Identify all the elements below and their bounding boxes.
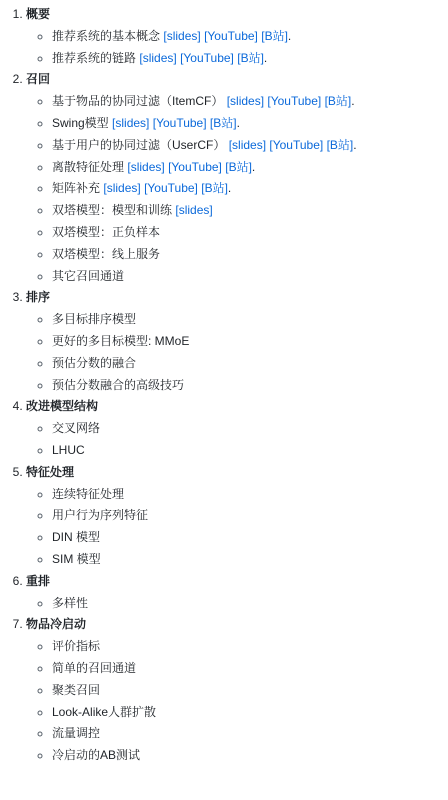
bilibili-link[interactable]: [B站] <box>201 181 228 195</box>
topic-item: 连续特征处理 <box>52 488 442 501</box>
section-item: 召回基于物品的协同过滤（ItemCF） [slides] [YouTube] [… <box>26 73 442 282</box>
slides-link[interactable]: [slides] <box>229 138 266 152</box>
topic-item: LHUC <box>52 444 442 457</box>
bilibili-link[interactable]: [B站] <box>261 29 288 43</box>
topic-item: 其它召回通道 <box>52 270 442 283</box>
topic-text: 其它召回通道 <box>52 269 124 283</box>
topic-item: Swing模型 [slides] [YouTube] [B站]. <box>52 117 442 130</box>
topic-text: 离散特征处理 <box>52 160 124 174</box>
section-item: 改进模型结构交叉网络LHUC <box>26 400 442 457</box>
section-title: 特征处理 <box>26 465 74 479</box>
topic-list: 多目标排序模型更好的多目标模型: MMoE预估分数的融合预估分数融合的高级技巧 <box>26 313 442 391</box>
topic-item: 交叉网络 <box>52 422 442 435</box>
topic-item: 推荐系统的基本概念 [slides] [YouTube] [B站]. <box>52 30 442 43</box>
topic-text: 多样性 <box>52 596 88 610</box>
youtube-link[interactable]: [YouTube] <box>144 181 198 195</box>
topic-text: 预估分数的融合 <box>52 356 136 370</box>
topic-text: 简单的召回通道 <box>52 661 136 675</box>
topic-item: 聚类召回 <box>52 684 442 697</box>
topic-item: 离散特征处理 [slides] [YouTube] [B站]. <box>52 161 442 174</box>
topic-item: 双塔模型：线上服务 <box>52 248 442 261</box>
section-title: 排序 <box>26 290 50 304</box>
topic-list: 交叉网络LHUC <box>26 422 442 457</box>
topic-text: DIN 模型 <box>52 530 100 544</box>
slides-link[interactable]: [slides] <box>139 51 176 65</box>
slides-link[interactable]: [slides] <box>112 116 149 130</box>
topic-suffix: . <box>288 29 291 43</box>
topic-text: SIM 模型 <box>52 552 101 566</box>
topic-text: 冷启动的AB测试 <box>52 748 140 762</box>
topic-text: 推荐系统的链路 <box>52 51 136 65</box>
topic-text: 基于物品的协同过滤（ItemCF） <box>52 94 223 108</box>
bilibili-link[interactable]: [B站] <box>210 116 237 130</box>
topic-text: Swing模型 <box>52 116 109 130</box>
topic-text: 双塔模型：线上服务 <box>52 247 160 261</box>
bilibili-link[interactable]: [B站] <box>225 160 252 174</box>
section-title: 召回 <box>26 72 50 86</box>
topic-item: 基于物品的协同过滤（ItemCF） [slides] [YouTube] [B站… <box>52 95 442 108</box>
topic-suffix: . <box>228 181 231 195</box>
outline-list: 概要推荐系统的基本概念 [slides] [YouTube] [B站].推荐系统… <box>2 8 442 762</box>
topic-item: 推荐系统的链路 [slides] [YouTube] [B站]. <box>52 52 442 65</box>
topic-item: 双塔模型：模型和训练 [slides] <box>52 204 442 217</box>
slides-link[interactable]: [slides] <box>127 160 164 174</box>
topic-text: 多目标排序模型 <box>52 312 136 326</box>
topic-suffix: . <box>264 51 267 65</box>
topic-text: 预估分数融合的高级技巧 <box>52 378 184 392</box>
topic-item: 预估分数的融合 <box>52 357 442 370</box>
youtube-link[interactable]: [YouTube] <box>180 51 234 65</box>
section-title: 改进模型结构 <box>26 399 98 413</box>
topic-text: 交叉网络 <box>52 421 100 435</box>
topic-item: 冷启动的AB测试 <box>52 749 442 762</box>
topic-text: 连续特征处理 <box>52 487 124 501</box>
topic-item: DIN 模型 <box>52 531 442 544</box>
topic-item: SIM 模型 <box>52 553 442 566</box>
topic-text: 用户行为序列特征 <box>52 508 148 522</box>
topic-list: 连续特征处理用户行为序列特征DIN 模型SIM 模型 <box>26 488 442 566</box>
section-item: 概要推荐系统的基本概念 [slides] [YouTube] [B站].推荐系统… <box>26 8 442 65</box>
slides-link[interactable]: [slides] <box>227 94 264 108</box>
topic-item: 预估分数融合的高级技巧 <box>52 379 442 392</box>
topic-item: 更好的多目标模型: MMoE <box>52 335 442 348</box>
topic-suffix: . <box>237 116 240 130</box>
topic-text: 聚类召回 <box>52 683 100 697</box>
topic-list: 评价指标简单的召回通道聚类召回Look-Alike人群扩散流量调控冷启动的AB测… <box>26 640 442 762</box>
topic-suffix: . <box>252 160 255 174</box>
topic-text: 矩阵补充 <box>52 181 100 195</box>
section-item: 排序多目标排序模型更好的多目标模型: MMoE预估分数的融合预估分数融合的高级技… <box>26 291 442 391</box>
topic-list: 基于物品的协同过滤（ItemCF） [slides] [YouTube] [B站… <box>26 95 442 282</box>
bilibili-link[interactable]: [B站] <box>237 51 264 65</box>
section-item: 特征处理连续特征处理用户行为序列特征DIN 模型SIM 模型 <box>26 466 442 566</box>
slides-link[interactable]: [slides] <box>175 203 212 217</box>
topic-list: 多样性 <box>26 597 442 610</box>
topic-suffix: . <box>351 94 354 108</box>
document-body: 概要推荐系统的基本概念 [slides] [YouTube] [B站].推荐系统… <box>0 0 448 762</box>
topic-list: 推荐系统的基本概念 [slides] [YouTube] [B站].推荐系统的链… <box>26 30 442 65</box>
topic-text: LHUC <box>52 443 85 457</box>
youtube-link[interactable]: [YouTube] <box>204 29 258 43</box>
section-title: 物品冷启动 <box>26 617 86 631</box>
topic-item: 多目标排序模型 <box>52 313 442 326</box>
section-title: 重排 <box>26 574 50 588</box>
topic-item: 多样性 <box>52 597 442 610</box>
section-item: 重排多样性 <box>26 575 442 610</box>
topic-text: 更好的多目标模型: MMoE <box>52 334 189 348</box>
slides-link[interactable]: [slides] <box>163 29 200 43</box>
youtube-link[interactable]: [YouTube] <box>269 138 323 152</box>
topic-item: 评价指标 <box>52 640 442 653</box>
section-title: 概要 <box>26 7 50 21</box>
topic-text: 推荐系统的基本概念 <box>52 29 160 43</box>
topic-item: Look-Alike人群扩散 <box>52 706 442 719</box>
slides-link[interactable]: [slides] <box>103 181 140 195</box>
topic-item: 双塔模型：正负样本 <box>52 226 442 239</box>
topic-text: 评价指标 <box>52 639 100 653</box>
topic-text: 基于用户的协同过滤（UserCF） <box>52 138 225 152</box>
topic-item: 矩阵补充 [slides] [YouTube] [B站]. <box>52 182 442 195</box>
topic-text: 双塔模型：正负样本 <box>52 225 160 239</box>
topic-item: 简单的召回通道 <box>52 662 442 675</box>
topic-item: 基于用户的协同过滤（UserCF） [slides] [YouTube] [B站… <box>52 139 442 152</box>
section-item: 物品冷启动评价指标简单的召回通道聚类召回Look-Alike人群扩散流量调控冷启… <box>26 618 442 762</box>
bilibili-link[interactable]: [B站] <box>325 94 352 108</box>
youtube-link[interactable]: [YouTube] <box>168 160 222 174</box>
youtube-link[interactable]: [YouTube] <box>267 94 321 108</box>
topic-item: 流量调控 <box>52 727 442 740</box>
bilibili-link[interactable]: [B站] <box>327 138 354 152</box>
topic-item: 用户行为序列特征 <box>52 509 442 522</box>
topic-suffix: . <box>353 138 356 152</box>
youtube-link[interactable]: [YouTube] <box>153 116 207 130</box>
topic-text: 流量调控 <box>52 726 100 740</box>
topic-text: Look-Alike人群扩散 <box>52 705 156 719</box>
topic-text: 双塔模型：模型和训练 <box>52 203 172 217</box>
